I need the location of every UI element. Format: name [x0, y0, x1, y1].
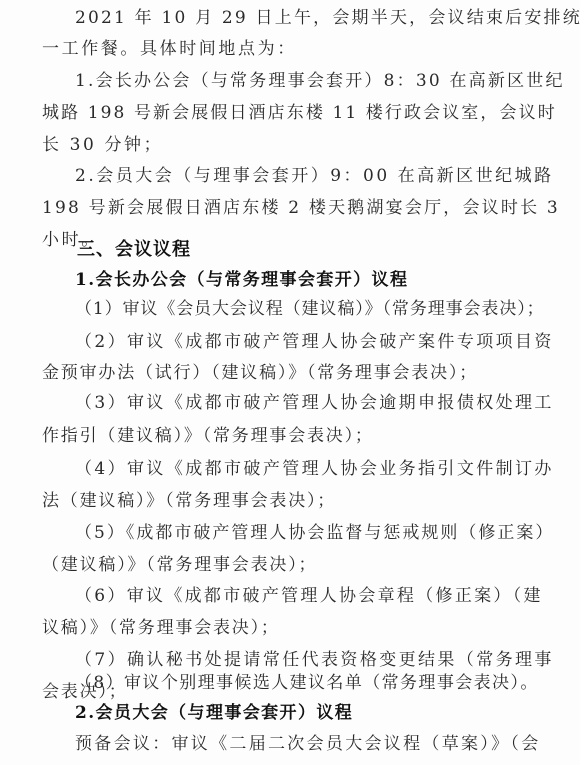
agenda-item-7: （7）确认秘书处提请常任代表资格变更结果（常务理事	[75, 649, 554, 671]
agenda-item-1: （1）审议《会员大会议程（建议稿）》（常务理事会表决）；	[75, 298, 545, 320]
agenda-item-2: （2）审议《成都市破产管理人协会破产案件专项项目资	[75, 331, 554, 353]
agenda-item-4: （4）审议《成都市破产管理人协会业务指引文件制订办	[75, 458, 554, 480]
document-page: 2021 年 10 月 29 日上午，会期半天，会议结束后安排统 一工作餐。具体…	[0, 0, 580, 765]
preparatory-meeting-line: 预备会议：审议《二届二次会员大会议程（草案）》（会	[75, 733, 541, 755]
agenda-item-8: （8）审议个别理事候选人建议名单（常务理事会表决）。	[75, 672, 539, 694]
agenda-item-4-cont: 法（建议稿）》（常务理事会表决）；	[42, 490, 336, 512]
agenda-item-5-cont: （建议稿）》（常务理事会表决）；	[42, 554, 317, 576]
subheading-president-meeting-agenda: 1.会长办公会（与常务理事会套开）议程	[75, 269, 408, 291]
schedule-item-1-cont: 城路 198 号新会展假日酒店东楼 11 楼行政会议室，会议时	[42, 102, 557, 124]
paragraph-schedule-line: 一工作餐。具体时间地点为：	[42, 38, 297, 60]
subheading-member-assembly-agenda: 2.会员大会（与理事会套开）议程	[75, 702, 353, 724]
schedule-item-1: 1.会长办公会（与常务理事会套开）8：30 在高新区世纪	[75, 70, 565, 92]
agenda-item-6: （6）审议《成都市破产管理人协会章程（修正案）（建	[75, 585, 543, 607]
agenda-item-3-cont: 作指引（建议稿）》（常务理事会表决）；	[42, 425, 374, 447]
agenda-item-6-cont: 议稿）》（常务理事会表决）；	[42, 617, 280, 639]
agenda-item-2-cont: 金预审办法（试行）（建议稿）》（常务理事会表决）；	[42, 362, 478, 384]
schedule-item-2: 2.会员大会（与理事会套开）9：00 在高新区世纪城路	[75, 165, 554, 187]
paragraph-schedule-line: 2021 年 10 月 29 日上午，会期半天，会议结束后安排统	[75, 7, 580, 29]
agenda-item-3: （3）审议《成都市破产管理人协会逾期申报债权处理工	[75, 392, 554, 414]
agenda-item-5: （5）《成都市破产管理人协会监督与惩戒规则（修正案）	[75, 522, 554, 544]
section-heading-agenda: 三、会议议程	[77, 239, 191, 261]
schedule-item-1-cont: 长 30 分钟；	[42, 134, 163, 156]
schedule-item-2-cont: 198 号新会展假日酒店东楼 2 楼天鹅湖宴会厅，会议时长 3	[42, 197, 560, 219]
